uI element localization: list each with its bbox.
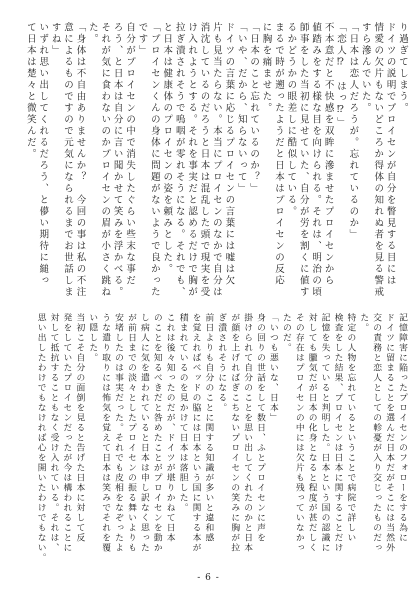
text-column: ろう、と日本は自分に言い聞かせて笑みを浮かべる。 bbox=[110, 22, 122, 308]
text-column: 特定の人物を忘れているということで病院で詳しい bbox=[343, 313, 356, 566]
text-column: 意によるものですので元気になられるまでお世話しま bbox=[61, 22, 73, 308]
text-column: が前日までの淡々としたプロイセンの振る舞いよりも bbox=[124, 313, 137, 566]
text-column: 自分がプロイセンの中で消失したぐらい些末な事だ bbox=[123, 22, 135, 308]
text-column: これは後々知ったのだが、ドイツが堪りかねて日本 bbox=[163, 313, 176, 566]
text-column: 情愛の欠片もないどころか得体の知れぬ者を見る警戒 bbox=[371, 22, 383, 308]
text-column: 当初こそ自分の面倒を見ると告げた日本に対して反 bbox=[72, 313, 85, 566]
text-column: ドイツの説明でプロイセンが自分を瞥見する目には bbox=[383, 22, 395, 308]
text-column: たのだ。 bbox=[279, 313, 292, 566]
novel-page: り過ぎてしまう。ドイツの説明でプロイセンが自分を瞥見する目には情愛の欠片もないど… bbox=[0, 0, 417, 591]
text-column: 片も見当たらない。本当にプロイセンのなかで自分は bbox=[210, 22, 222, 308]
text-column: 交の責務と恋人としての軫憂が入り交じったものだっ bbox=[369, 313, 382, 566]
text-column: 安堵したのは事実だった。それでも皮相をなぞったよ bbox=[111, 313, 124, 566]
text-column: 不本意だと不快感を双眸に滲ませたプロイセンから bbox=[321, 22, 333, 308]
text-column: ぎ潰されそうになる。 bbox=[214, 313, 227, 566]
text-column: た。 bbox=[85, 22, 97, 308]
text-column: 値踏みをする様な目を向けられる。それは、明治の頃 bbox=[309, 22, 321, 308]
text-column: いずれ思い出してくれるだろう、と儚い期待に縋っ bbox=[36, 22, 48, 308]
text-column: ドイツに留まることを選んだ日本だがそこには当然外 bbox=[382, 313, 395, 566]
text-column: 拉ぎ潰されそうで嗚咽が零れそうになる。それでも、 bbox=[172, 22, 184, 308]
text-column: その存在はプロイセンの中には欠片も残っていなかっ bbox=[292, 313, 305, 566]
text-column: 消沈しているのだろうと日本は混乱した頭で現実を受 bbox=[197, 22, 209, 308]
text-column: が顔を上げればぎこちないプロイセンの笑みに胸が拉 bbox=[227, 313, 240, 566]
text-column: 「身体は不自由ありませんか？ 今回の事は私の不注 bbox=[73, 22, 85, 308]
text-column: を覚えればベッドの脇には日本という国に関する本が bbox=[189, 313, 202, 566]
text-column: た。 bbox=[356, 313, 369, 566]
text-column: 思い出したわけでもなければ心を開いたわけでもない。 bbox=[34, 313, 47, 566]
text-column: 前日よりも自分のことに関する知識が多いと違和感 bbox=[202, 313, 215, 566]
text-column: り過ぎてしまう。 bbox=[396, 22, 408, 308]
text-column: まるで時が遡ったようだと日本はプロイセンの反応 bbox=[272, 22, 284, 308]
text-column: 「日本は恋人だろうが。忘れているのか」 bbox=[346, 22, 358, 308]
text-column: 「いや、だから、知らないって」 bbox=[234, 22, 246, 308]
text-column: し病人に気を遣われていると日本は申し訳なく思った bbox=[137, 313, 150, 566]
text-column: るかどうかの眼差しに酷似している。 bbox=[284, 22, 296, 308]
text-column: 掛けられて自分のことを思い出してくれたのかと日本 bbox=[240, 313, 253, 566]
text-column: 積まれているのを見かけて日本は落胆した。 bbox=[176, 313, 189, 566]
text-column: 発をしていたプロイセンだったが今は構われることに bbox=[60, 313, 73, 566]
text-column: て日本は楚々と微笑んだ。 bbox=[23, 22, 35, 308]
text-column: 記憶を失っていると判明した。日本という国の認識に bbox=[318, 313, 331, 566]
text-column: すね」 bbox=[48, 22, 60, 308]
top-text-block: り過ぎてしまう。ドイツの説明でプロイセンが自分を瞥見する目には情愛の欠片もないど… bbox=[23, 22, 408, 308]
text-column: に胸を痛ませた。 bbox=[259, 22, 271, 308]
page-number: - 6 - bbox=[0, 573, 417, 583]
text-column: と日本は健康体のプロイセンの姿を頼みとした。 bbox=[160, 22, 172, 308]
text-column: 師事をした当初に見せていた、自分が労を割くに値す bbox=[296, 22, 308, 308]
text-column: い隠した。 bbox=[85, 313, 98, 566]
text-column: 身の回りの世話をして数日、ふとプロイセンに声を bbox=[253, 313, 266, 566]
text-column: け入れようとする。それを事実だと認めるだけで胸が bbox=[185, 22, 197, 308]
text-column: 検査をした結果、プロイセンは日本に関することだけ bbox=[331, 313, 344, 566]
text-column: 「プロイセンくんの身体に問題がないようで良かった bbox=[147, 22, 159, 308]
text-column: 「いつも悪いな、日本」 bbox=[266, 313, 279, 566]
text-column: のことを知るべきだと咎めたことがプロイセンを動か bbox=[150, 313, 163, 566]
text-column: うな遣り取りには怖気を覚えて日本は笑みでそれを覆 bbox=[98, 313, 111, 566]
text-column: 「日本のこと忘れているのか？」 bbox=[247, 22, 259, 308]
bottom-text-block: 記憶障害に陥ったプロイセンのフォローをする為にドイツに留まることを選んだ日本だが… bbox=[34, 313, 408, 566]
text-column: です」 bbox=[135, 22, 147, 308]
text-column: ドイツの言葉に応じるプロイセンの言葉には嘘は欠 bbox=[222, 22, 234, 308]
text-column: 「恋人⁉ はっ⁉」 bbox=[334, 22, 346, 308]
text-column: 対しても朧気だが日本の化身となると程度が甚だしく bbox=[305, 313, 318, 566]
text-column: それが気に食わないのかプロイセンの眉が小さく跳ね bbox=[98, 22, 110, 308]
text-column: すら滲んでいた。 bbox=[358, 22, 370, 308]
text-column: 記憶障害に陥ったプロイセンのフォローをする為に bbox=[395, 313, 408, 566]
text-column: 対して抵抗することもなく受け入れている。それは、 bbox=[47, 313, 60, 566]
